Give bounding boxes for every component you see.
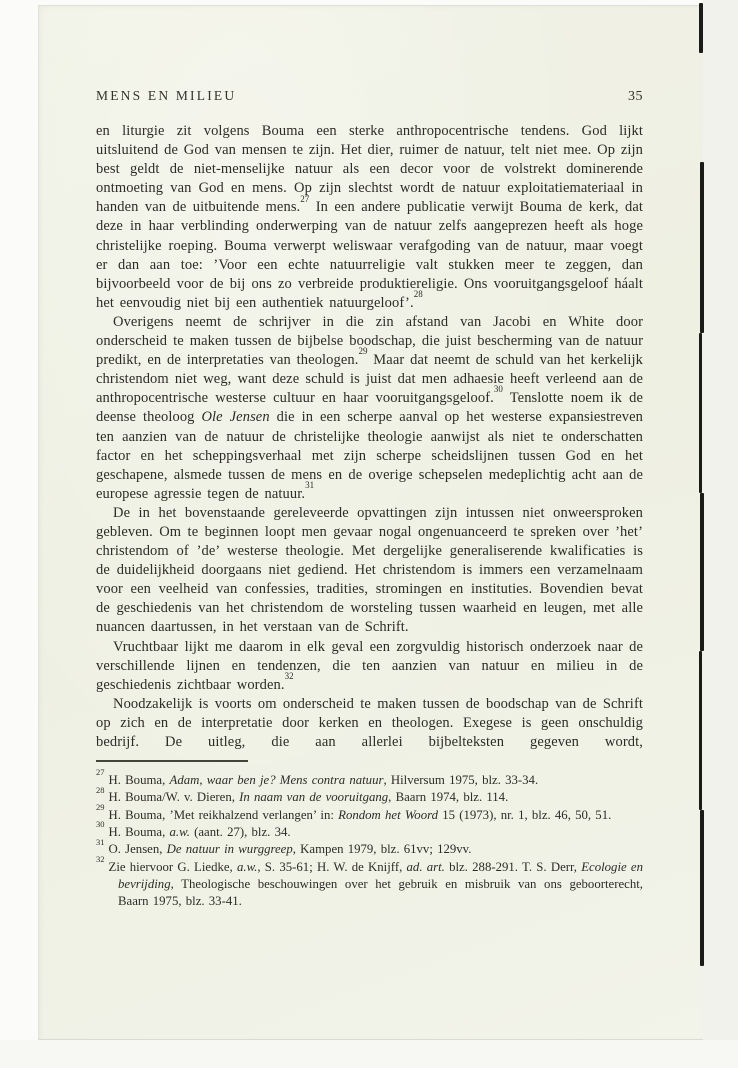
- footnote: 31O. Jensen, De natuur in wurggreep, Kam…: [96, 841, 643, 858]
- footnote-text: H. Bouma/W. v. Dieren, In naam van de vo…: [109, 790, 509, 804]
- scan-edge-line-segment: [700, 162, 704, 333]
- page-header: MENS EN MILIEU 35: [96, 88, 643, 105]
- scanned-page: MENS EN MILIEU 35 en liturgie zit volgen…: [38, 5, 703, 1040]
- paragraph: De in het bovenstaande gereleveerde opva…: [96, 504, 643, 638]
- scan-edge-line-segment: [699, 333, 702, 493]
- footnote-text: H. Bouma, a.w. (aant. 27), blz. 34.: [109, 825, 291, 839]
- footnote-text: H. Bouma, Adam, waar ben je? Mens contra…: [109, 773, 539, 787]
- paragraph: Vruchtbaar lijkt me daarom in elk geval …: [96, 638, 643, 695]
- paragraph: en liturgie zit volgens Bouma een sterke…: [96, 122, 643, 313]
- running-head: MENS EN MILIEU: [96, 88, 236, 104]
- paragraph: Overigens neemt de schrijver in die zin …: [96, 313, 643, 504]
- footnotes: 27H. Bouma, Adam, waar ben je? Mens cont…: [96, 772, 643, 910]
- scan-right-margin-band: [703, 0, 738, 1068]
- footnote: 27H. Bouma, Adam, waar ben je? Mens cont…: [96, 772, 643, 789]
- footnote: 29H. Bouma, ’Met reikhalzend verlangen’ …: [96, 807, 643, 824]
- footnote-number: 28: [96, 785, 105, 795]
- scan-edge-line-segment: [699, 651, 702, 810]
- footnote-text: Zie hiervoor G. Liedke, a.w., S. 35-61; …: [109, 860, 644, 909]
- scan-bottom-margin-band: [0, 1040, 738, 1068]
- scan-edge-line-segment: [700, 493, 704, 651]
- footnote: 28H. Bouma/W. v. Dieren, In naam van de …: [96, 789, 643, 806]
- footnote-text: H. Bouma, ’Met reikhalzend verlangen’ in…: [109, 808, 612, 822]
- body-text: en liturgie zit volgens Bouma een sterke…: [96, 122, 643, 752]
- footnote-number: 30: [96, 819, 105, 829]
- scanned-book-page-screenshot: MENS EN MILIEU 35 en liturgie zit volgen…: [0, 0, 738, 1068]
- scan-edge-line-segment: [699, 3, 703, 53]
- footnote-text: O. Jensen, De natuur in wurggreep, Kampe…: [109, 842, 472, 856]
- footnote: 32Zie hiervoor G. Liedke, a.w., S. 35-61…: [96, 859, 643, 911]
- footnote: 30H. Bouma, a.w. (aant. 27), blz. 34.: [96, 824, 643, 841]
- footnote-number: 32: [96, 854, 105, 864]
- footnote-number: 31: [96, 837, 105, 847]
- paragraph: Noodzakelijk is voorts om onderscheid te…: [96, 695, 643, 752]
- scan-edge-line-segment: [700, 810, 704, 966]
- page-number: 35: [628, 89, 643, 105]
- footnote-number: 27: [96, 767, 105, 777]
- footnote-number: 29: [96, 802, 105, 812]
- footnote-separator: [96, 760, 248, 762]
